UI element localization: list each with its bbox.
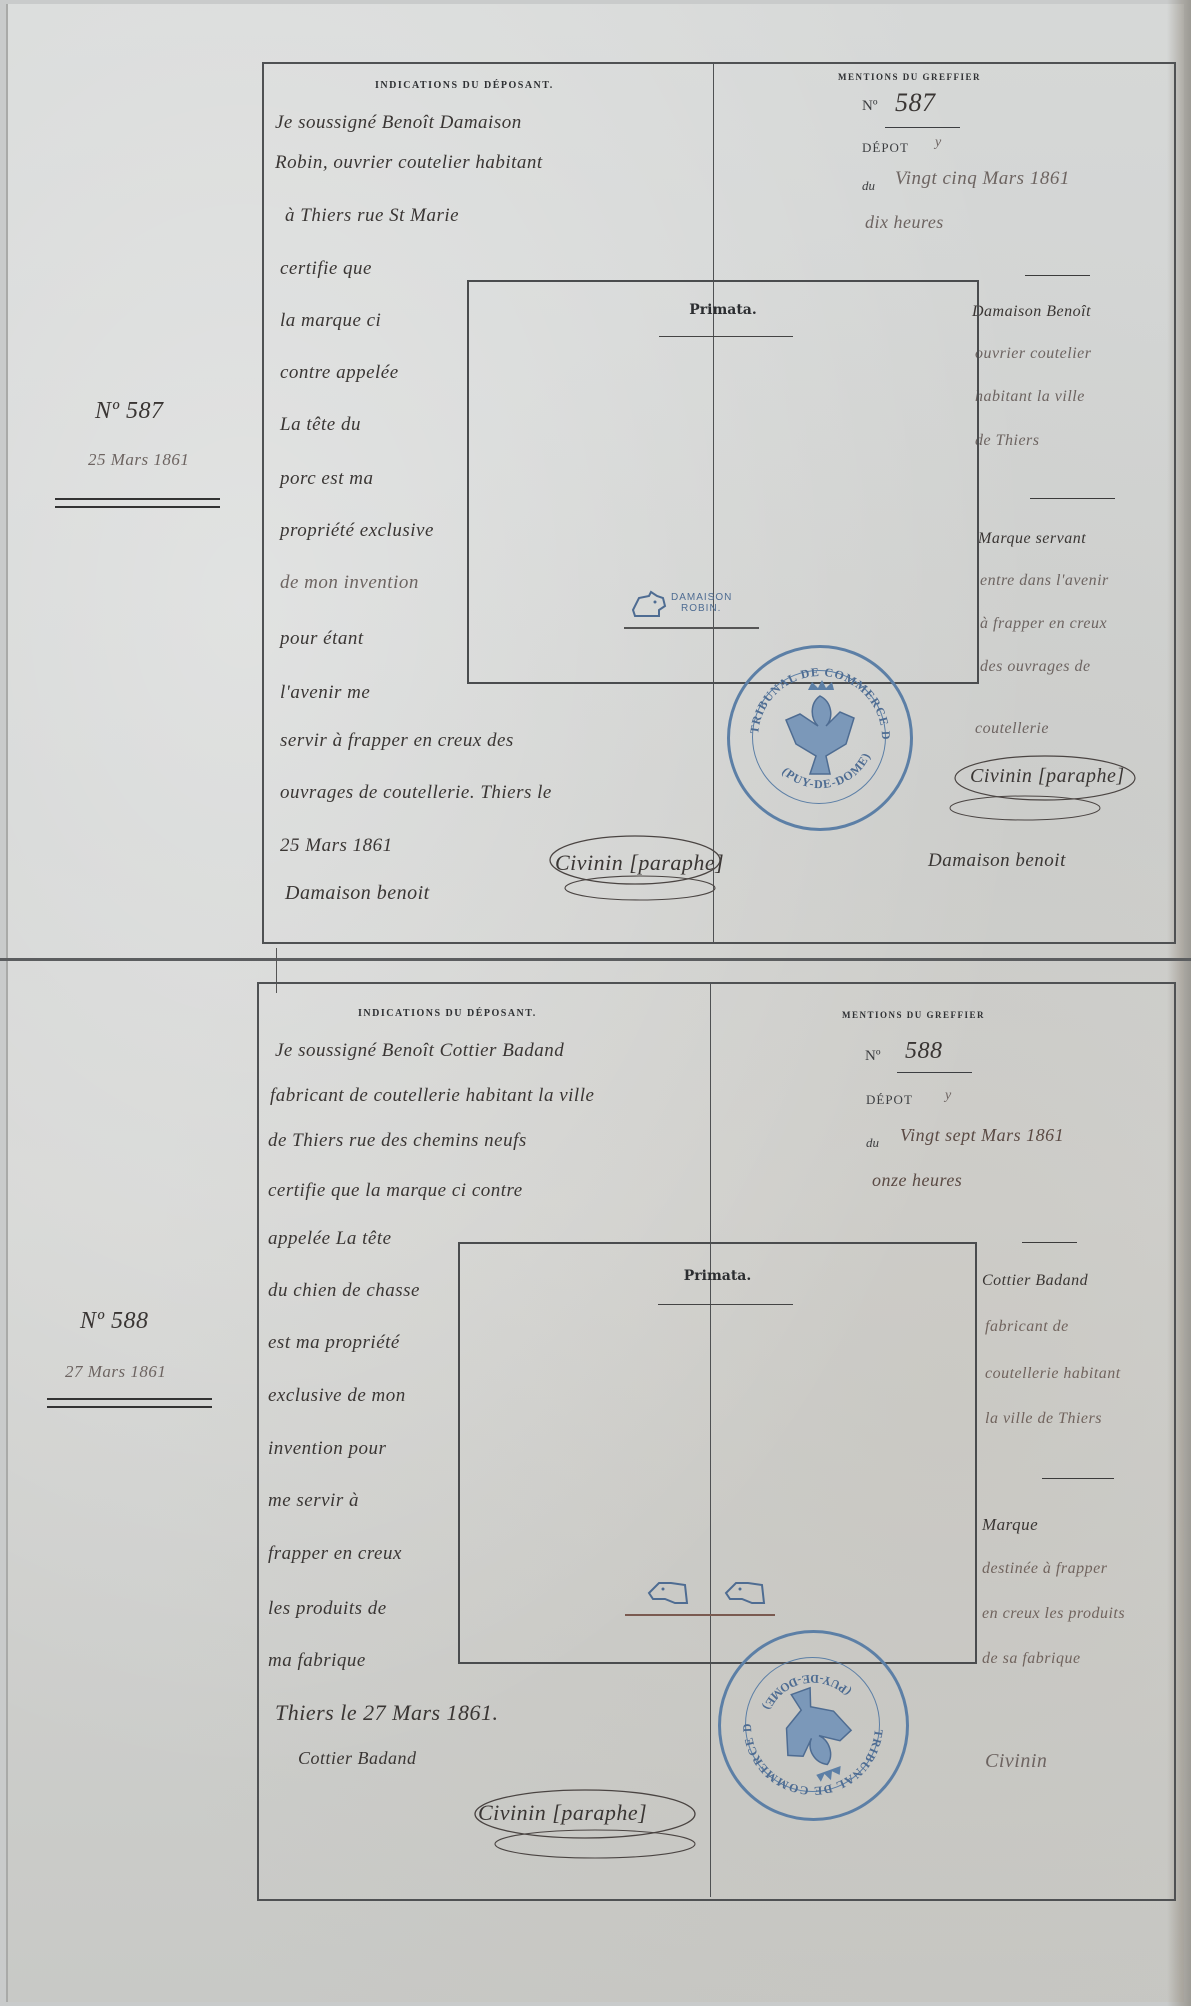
text-line: Robin, ouvrier coutelier habitant — [275, 152, 543, 174]
note-line: coutellerie habitant — [985, 1365, 1121, 1383]
note-line: coutellerie — [975, 720, 1049, 738]
clerk-signature: Civinin — [985, 1750, 1047, 1773]
depot-date: Vingt sept Mars 1861 — [900, 1125, 1064, 1146]
tribunal-seal: TRIBUNAL DE COMMERCE DE THIERS (PUY-DE-D… — [718, 1630, 909, 1821]
text-line: contre appelée — [280, 362, 399, 384]
text-line: est ma propriété — [268, 1332, 400, 1354]
depositor-header: INDICATIONS DU DÉPOSANT. — [375, 80, 554, 91]
text-line: Je soussigné Benoît Damaison — [275, 112, 522, 134]
depot-time: dix heures — [865, 212, 944, 233]
eagle-emblem-icon: TRIBUNAL DE COMMERCE DE THIERS (PUY-DE-D… — [730, 648, 910, 828]
note-line: la ville de Thiers — [985, 1410, 1102, 1428]
text-line: de Thiers rue des chemins neufs — [268, 1130, 527, 1152]
du-label: du — [862, 178, 875, 194]
rule — [1022, 1242, 1077, 1243]
text-line: ouvrages de coutellerie. Thiers le — [280, 782, 552, 804]
text-line: me servir à — [268, 1490, 359, 1512]
number-value: 588 — [905, 1038, 943, 1065]
text-line: du chien de chasse — [268, 1280, 420, 1302]
depositor-signature: Cottier Badand — [298, 1748, 417, 1769]
text-line: à Thiers rue St Marie — [285, 205, 459, 227]
note-line: en creux les produits — [982, 1605, 1125, 1623]
note-line: entre dans l'avenir — [980, 572, 1109, 590]
note-line: habitant la ville — [975, 388, 1085, 406]
text-line: de mon invention — [280, 572, 419, 594]
mark-underline — [624, 627, 759, 629]
depositor-signature: Damaison benoit — [928, 850, 1066, 872]
text-line: les produits de — [268, 1598, 387, 1620]
primata-rule — [659, 336, 793, 337]
depot-label: DÉPOT — [866, 1092, 913, 1108]
primata-box: Primata. DAMAISON ROBIN. — [467, 280, 979, 684]
note-line: Marque servant — [978, 530, 1086, 548]
text-line: La tête du — [280, 414, 361, 436]
tribunal-seal: TRIBUNAL DE COMMERCE DE THIERS (PUY-DE-D… — [727, 645, 913, 831]
note-line: Marque — [982, 1515, 1038, 1535]
number-underline — [885, 127, 960, 128]
dog-head-mark-icon — [645, 1579, 693, 1607]
du-label: du — [866, 1135, 879, 1151]
note-line: de Thiers — [975, 432, 1040, 450]
primata-title: Primata. — [469, 302, 977, 318]
depot-label: DÉPOT — [862, 140, 909, 156]
depot-time: onze heures — [872, 1170, 962, 1191]
margin-double-rule — [55, 498, 220, 508]
note-line: Cottier Badand — [982, 1272, 1088, 1290]
primata-title: Primata. — [460, 1268, 975, 1284]
text-line: appelée La tête — [268, 1228, 392, 1250]
dog-head-mark-icon — [722, 1579, 770, 1607]
text-line: pour étant — [280, 628, 364, 650]
pig-head-mark-icon — [629, 590, 669, 620]
text-line: Je soussigné Benoît Cottier Badand — [275, 1040, 564, 1062]
number-value: 587 — [895, 88, 936, 118]
rule — [1025, 275, 1090, 276]
mark-stamp-line2: ROBIN. — [671, 603, 732, 614]
number-label: Nº — [862, 98, 877, 115]
rule — [1042, 1478, 1114, 1479]
note-line: de sa fabrique — [982, 1650, 1081, 1668]
note-line: Damaison Benoît — [972, 303, 1091, 321]
text-line: certifie que — [280, 258, 372, 280]
text-line: Thiers le 27 Mars 1861. — [275, 1700, 499, 1726]
rule — [1030, 498, 1115, 499]
number-label: Nº — [865, 1048, 880, 1065]
mark-stamp-line1: DAMAISON — [671, 592, 732, 603]
text-line: porc est ma — [280, 468, 373, 490]
eagle-emblem-icon: TRIBUNAL DE COMMERCE DE THIERS (PUY-DE-D… — [721, 1633, 906, 1818]
note-line: ouvrier coutelier — [975, 345, 1091, 363]
text-line: exclusive de mon — [268, 1385, 406, 1407]
text-line: fabricant de coutellerie habitant la vil… — [270, 1085, 594, 1107]
number-underline — [897, 1072, 972, 1073]
primata-box: Primata. — [458, 1242, 977, 1664]
note-line: fabricant de — [985, 1318, 1069, 1336]
text-line: invention pour — [268, 1438, 386, 1460]
text-line: la marque ci — [280, 310, 381, 332]
text-line: certifie que la marque ci contre — [268, 1180, 523, 1202]
margin-date: 25 Mars 1861 — [88, 450, 189, 470]
depot-date: Vingt cinq Mars 1861 — [895, 168, 1070, 190]
mark-stamp-text: DAMAISON ROBIN. — [671, 592, 732, 614]
signature-flourish — [540, 830, 730, 905]
note-line: destinée à frapper — [982, 1560, 1107, 1578]
depot-suffix: y — [935, 135, 942, 151]
text-line: frapper en creux — [268, 1543, 402, 1565]
note-line: des ouvrages de — [980, 658, 1091, 676]
margin-number: Nº 587 — [95, 398, 163, 425]
text-line: ma fabrique — [268, 1650, 366, 1672]
text-line: 25 Mars 1861 — [280, 835, 393, 857]
signature-flourish — [945, 748, 1145, 828]
depositor-header: INDICATIONS DU DÉPOSANT. — [358, 1008, 537, 1019]
depositor-signature: Damaison benoit — [285, 882, 430, 905]
mark-underline — [625, 1614, 775, 1616]
text-line: servir à frapper en creux des — [280, 730, 514, 752]
depot-suffix: y — [945, 1088, 952, 1104]
margin-date: 27 Mars 1861 — [65, 1362, 166, 1382]
margin-number: Nº 588 — [80, 1308, 148, 1335]
note-line: à frapper en creux — [980, 615, 1107, 633]
clerk-header: MENTIONS DU GREFFIER — [838, 72, 981, 82]
margin-double-rule — [47, 1398, 212, 1408]
signature-flourish — [465, 1782, 715, 1867]
primata-rule — [658, 1304, 793, 1305]
text-line: propriété exclusive — [280, 520, 434, 542]
text-line: l'avenir me — [280, 682, 370, 704]
fold-line — [0, 958, 1191, 961]
clerk-header: MENTIONS DU GREFFIER — [842, 1010, 985, 1020]
